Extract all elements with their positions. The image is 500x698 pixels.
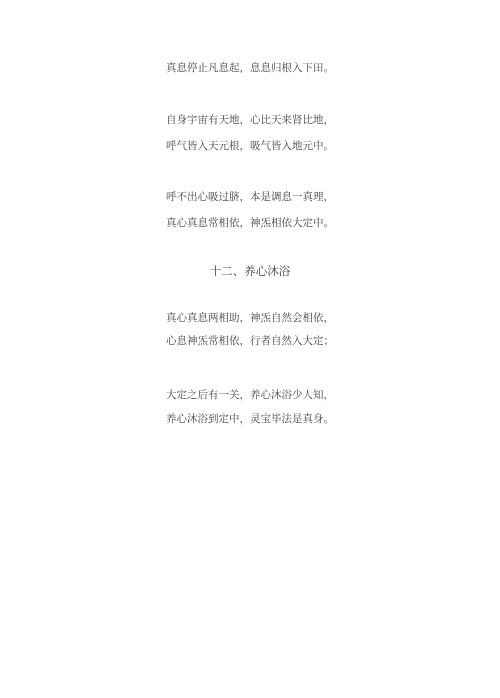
poem-line: 大定之后有一关，养心沐浴少人知， (0, 388, 500, 402)
poem-line: 呼气皆入天元根，吸气皆入地元中。 (0, 139, 500, 153)
poem-line: 真心真息两相助，神炁自然会相依， (0, 311, 500, 325)
poem-line: 真心真息常相依，神炁相依大定中。 (0, 216, 500, 230)
poem-line: 自身宇宙有天地，心比天来肾比地， (0, 113, 500, 127)
section-heading: 十二、养心沐浴 (0, 265, 500, 279)
poem-line: 养心沐浴到定中，灵宝毕法是真身。 (0, 412, 500, 426)
document-page: 真息停止凡息起，息息归根入下田。 自身宇宙有天地，心比天来肾比地， 呼气皆入天元… (0, 0, 500, 698)
poem-line: 真息停止凡息起，息息归根入下田。 (0, 61, 500, 75)
poem-line: 心息神炁常相依，行者自然入大定； (0, 334, 500, 348)
poem-line: 呼不出心吸过脐，本是调息一真理， (0, 190, 500, 204)
